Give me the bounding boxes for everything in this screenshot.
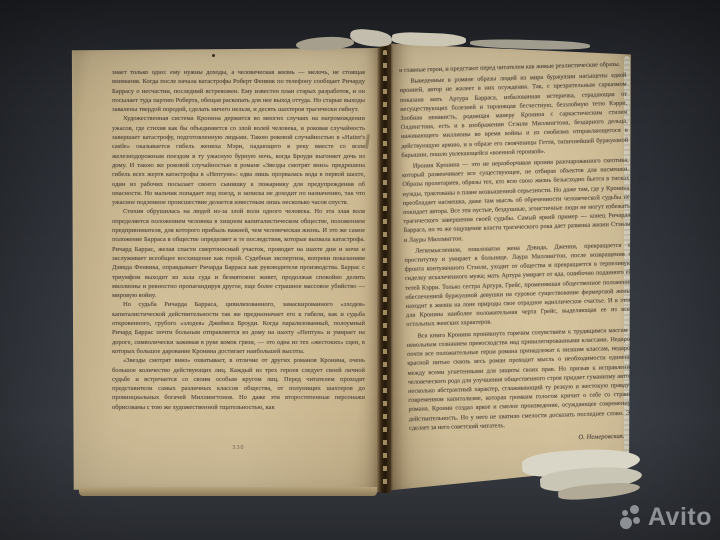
pencil-mark [365, 134, 370, 149]
avito-logo-icon [620, 504, 643, 531]
logo-dot [633, 517, 640, 524]
page-number: 330 [112, 444, 365, 451]
logo-dot [622, 510, 628, 516]
paragraph: Стихия обрушилась на людей из-за злой во… [112, 207, 365, 300]
right-page-paragraphs: и главные герои, и предстают перед читат… [399, 60, 636, 433]
right-page-text: и главные герои, и предстают перед читат… [399, 60, 637, 447]
logo-dot [620, 517, 632, 529]
left-page: знает только одно: ему нужны доходы, а ч… [70, 48, 381, 492]
avito-logo-text: Avito [648, 503, 712, 532]
paragraph: Вся книга Кронина проникнута горячим соч… [406, 325, 636, 433]
torn-spine-paper [349, 28, 392, 48]
paragraph: Легкомысленная, пошловатая жена Дэвида, … [404, 240, 633, 329]
photo-background: знает только одно: ему нужны доходы, а ч… [0, 0, 720, 540]
right-page: и главные герои, и предстают перед читат… [391, 40, 631, 492]
spine-stitching [383, 50, 387, 487]
paragraph: Выведенные в романе образы людей из мира… [399, 71, 628, 160]
author-signature: О. Немеровская. [409, 431, 636, 447]
dust-speck [212, 54, 215, 57]
page-block-edge [79, 487, 377, 496]
paragraph: Но судьба Ричарда Барраса, цивилизованно… [112, 300, 365, 356]
paragraph: Ирония Кронина — это не неразборчивая ир… [402, 156, 631, 245]
paragraph: знает только одно: ему нужны доходы, а ч… [112, 68, 365, 114]
paragraph: «Звезды смотрят вниз» охватывает, в отли… [112, 356, 365, 412]
open-book: знает только одно: ему нужны доходы, а ч… [0, 0, 720, 540]
left-page-text: знает только одно: ему нужны доходы, а ч… [112, 68, 365, 412]
paragraph: Художественная система Кронина держится … [112, 114, 365, 207]
spine-gutter [377, 44, 393, 493]
logo-dot [630, 505, 639, 514]
avito-watermark: Avito [620, 503, 712, 532]
